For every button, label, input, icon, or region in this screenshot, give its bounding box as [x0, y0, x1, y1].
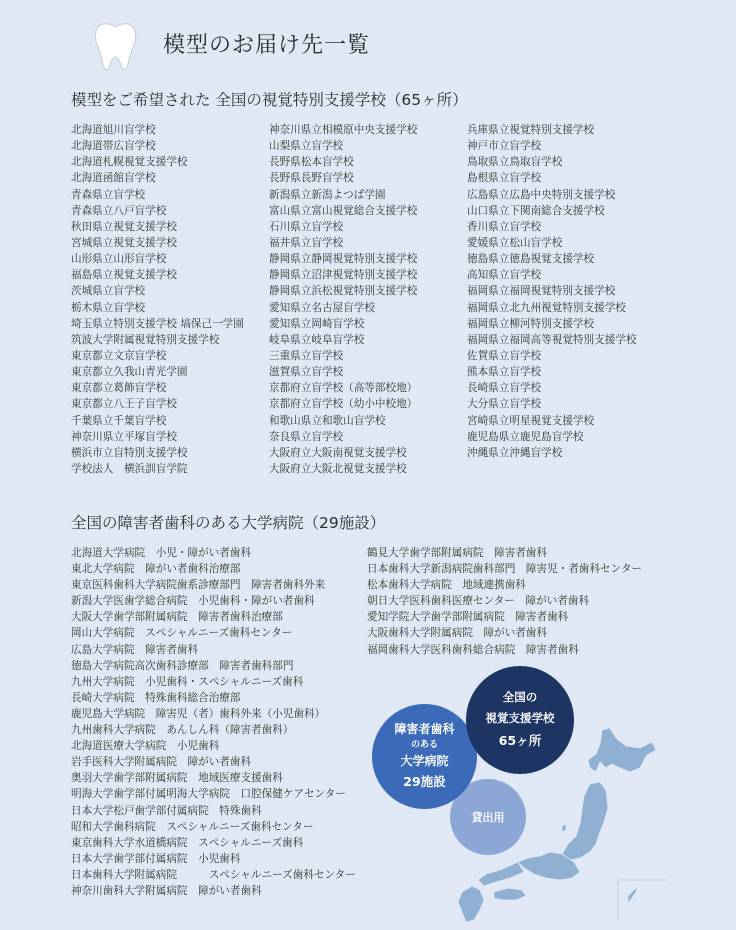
school-item: 福島県立視覚支援学校: [71, 267, 244, 283]
hospital-item: 北海道大学病院 小児・障がい者歯科: [71, 545, 356, 561]
hospitals-section-title: 全国の障害者歯科のある大学病院（29施設）: [71, 511, 385, 533]
schools-circle: 全国の 視覚支援学校 65ヶ所: [466, 666, 574, 774]
hospital-item: 九州歯科大学病院 あんしん科（障害者歯科）: [71, 722, 356, 738]
school-item: 東京都立八王子盲学校: [71, 396, 244, 412]
school-item: 青森県立八戸盲学校: [71, 203, 244, 219]
school-item: 奈良県立盲学校: [269, 429, 417, 445]
school-item: 山形県立山形盲学校: [71, 251, 244, 267]
hospital-item: 日本大学松戸歯学部付属病院 特殊歯科: [71, 803, 356, 819]
school-item: 山口県立下関南総合支援学校: [467, 203, 637, 219]
schools-column-2: 神奈川県立相模原中央支援学校 山梨県立盲学校 長野県松本盲学校 長野県長野盲学校…: [269, 122, 417, 477]
hospital-item: 明海大学歯学部付属明海大学病院 口腔保健ケアセンター: [71, 786, 356, 802]
hospital-item: 愛知学院大学歯学部附属病院 障害者歯科: [367, 609, 642, 625]
school-item: 愛知県立名古屋盲学校: [269, 300, 417, 316]
hospital-item: 長崎大学病院 特殊歯科総合治療部: [71, 690, 356, 706]
school-item: 秋田県立視覚支援学校: [71, 219, 244, 235]
school-item: 京都府立盲学校（幼小中校地）: [269, 396, 417, 412]
school-item: 宮城県立視覚支援学校: [71, 235, 244, 251]
hospital-item: 大阪歯科大学附属病院 障がい者歯科: [367, 625, 642, 641]
school-item: 横浜市立盲特別支援学校: [71, 445, 244, 461]
school-item: 三重県立盲学校: [269, 348, 417, 364]
hospital-item: 岡山大学病院 スペシャルニーズ歯科センター: [71, 625, 356, 641]
school-item: 福岡県立北九州視覚特別支援学校: [467, 300, 637, 316]
school-item: 京都府立盲学校（高等部校地）: [269, 380, 417, 396]
school-item: 学校法人 横浜訓盲学院: [71, 461, 244, 477]
hospital-item: 広島大学病院 障害者歯科: [71, 642, 356, 658]
hospital-item: 九州大学病院 小児歯科・スペシャルニーズ歯科: [71, 674, 356, 690]
school-item: 徳島県立徳島視覚支援学校: [467, 251, 637, 267]
school-item: 福岡県立福岡視覚特別支援学校: [467, 283, 637, 299]
school-item: 神奈川県立平塚盲学校: [71, 429, 244, 445]
school-item: 和歌山県立和歌山盲学校: [269, 413, 417, 429]
hospital-item: 北海道医療大学病院 小児歯科: [71, 738, 356, 754]
school-item: 筑波大学附属視覚特別支援学校: [71, 332, 244, 348]
hospitals-circle-line3: 大学病院: [400, 752, 448, 770]
schools-circle-count: 65ヶ所: [499, 729, 541, 753]
schools-circle-line2: 視覚支援学校: [486, 707, 555, 729]
lending-label: 貸出用: [472, 809, 505, 825]
hospital-item: 昭和大学歯科病院 スペシャルニーズ歯科センター: [71, 819, 356, 835]
hospital-item: 新潟大学医歯学総合病院 小児歯科・障がい者歯科: [71, 593, 356, 609]
hospital-item: 松本歯科大学病院 地域連携歯科: [367, 577, 642, 593]
hospital-item: 鶴見大学歯学部附属病院 障害者歯科: [367, 545, 642, 561]
school-item: 愛媛県立松山盲学校: [467, 235, 637, 251]
school-item: 大阪府立大阪北視覚支援学校: [269, 461, 417, 477]
school-item: 富山県立富山視覚総合支援学校: [269, 203, 417, 219]
hospital-item: 奥羽大学歯学部附属病院 地域医療支援歯科: [71, 770, 356, 786]
school-item: 島根県立盲学校: [467, 170, 637, 186]
hospital-item: 東北大学病院 障がい者歯科治療部: [71, 561, 356, 577]
hospital-item: 日本歯科大学附属病院 スペシャルニーズ歯科センター: [71, 867, 356, 883]
school-item: 熊本県立盲学校: [467, 364, 637, 380]
hospital-item: 東京歯科大学水道橋病院 スペシャルニーズ歯科: [71, 835, 356, 851]
school-item: 福井県立盲学校: [269, 235, 417, 251]
hospitals-circle-count: 29施設: [403, 770, 445, 794]
hospital-item: 福岡歯科大学医科歯科総合病院 障害者歯科: [367, 642, 642, 658]
school-item: 長野県松本盲学校: [269, 154, 417, 170]
hospital-item: 大阪大学歯学部附属病院 障害者歯科治療部: [71, 609, 356, 625]
hospitals-circle: 障害者歯科 のある 大学病院 29施設: [372, 704, 477, 809]
school-item: 埼玉県立特別支援学校 塙保己一学園: [71, 316, 244, 332]
hospitals-circle-line2: のある: [411, 738, 438, 752]
hospital-item: 岩手医科大学附属病院 障がい者歯科: [71, 754, 356, 770]
hospital-item: 日本歯科大学新潟病院歯科部門 障害児・者歯科センター: [367, 561, 642, 577]
schools-circle-line1: 全国の: [503, 687, 538, 707]
school-item: 山梨県立盲学校: [269, 138, 417, 154]
school-item: 東京都立葛飾盲学校: [71, 380, 244, 396]
hospital-item: 神奈川歯科大学附属病院 障がい者歯科: [71, 883, 356, 899]
school-item: 石川県立盲学校: [269, 219, 417, 235]
school-item: 鳥取県立鳥取盲学校: [467, 154, 637, 170]
school-item: 福岡県立福岡高等視覚特別支援学校: [467, 332, 637, 348]
school-item: 静岡県立静岡視覚特別支援学校: [269, 251, 417, 267]
hospital-item: 日本大学歯学部付属病院 小児歯科: [71, 851, 356, 867]
school-item: 宮崎県立明星視覚支援学校: [467, 413, 637, 429]
hospital-item: 鹿児島大学病院 障害児（者）歯科外来（小児歯科）: [71, 706, 356, 722]
school-item: 愛知県立岡崎盲学校: [269, 316, 417, 332]
school-item: 岐阜県立岐阜盲学校: [269, 332, 417, 348]
school-item: 静岡県立沼津視覚特別支援学校: [269, 267, 417, 283]
page-title: 模型のお届け先一覧: [163, 28, 370, 59]
hospitals-column-1: 北海道大学病院 小児・障がい者歯科 東北大学病院 障がい者歯科治療部 東京医科歯…: [71, 545, 356, 899]
school-item: 滋賀県立盲学校: [269, 364, 417, 380]
school-item: 佐賀県立盲学校: [467, 348, 637, 364]
school-item: 兵庫県立視覚特別支援学校: [467, 122, 637, 138]
school-item: 北海道旭川盲学校: [71, 122, 244, 138]
school-item: 東京都立文京盲学校: [71, 348, 244, 364]
school-item: 香川県立盲学校: [467, 219, 637, 235]
hospital-item: 徳島大学病院高次歯科診療部 障害者歯科部門: [71, 658, 356, 674]
hospital-item: 東京医科歯科大学病院歯系診療部門 障害者歯科外来: [71, 577, 356, 593]
school-item: 広島県立広島中央特別支援学校: [467, 187, 637, 203]
hospital-item: 朝日大学医科歯科医療センター 障がい者歯科: [367, 593, 642, 609]
school-item: 神奈川県立相模原中央支援学校: [269, 122, 417, 138]
school-item: 高知県立盲学校: [467, 267, 637, 283]
school-item: 福岡県立柳河特別支援学校: [467, 316, 637, 332]
school-item: 青森県立盲学校: [71, 187, 244, 203]
school-item: 大阪府立大阪南視覚支援学校: [269, 445, 417, 461]
hospitals-column-2: 鶴見大学歯学部附属病院 障害者歯科 日本歯科大学新潟病院歯科部門 障害児・者歯科…: [367, 545, 642, 658]
tooth-icon: [93, 19, 138, 73]
schools-section-title: 模型をご希望された 全国の視覚特別支援学校（65ヶ所）: [71, 88, 468, 110]
school-item: 鹿児島県立鹿児島盲学校: [467, 429, 637, 445]
school-item: 新潟県立新潟よつば学園: [269, 187, 417, 203]
school-item: 千葉県立千葉盲学校: [71, 413, 244, 429]
school-item: 東京都立久我山青光学園: [71, 364, 244, 380]
school-item: 静岡県立浜松視覚特別支援学校: [269, 283, 417, 299]
school-item: 栃木県立盲学校: [71, 300, 244, 316]
school-item: 大分県立盲学校: [467, 396, 637, 412]
school-item: 北海道函館盲学校: [71, 170, 244, 186]
school-item: 神戸市立盲学校: [467, 138, 637, 154]
schools-column-1: 北海道旭川盲学校 北海道帯広盲学校 北海道札幌視覚支援学校 北海道函館盲学校 青…: [71, 122, 244, 477]
school-item: 北海道札幌視覚支援学校: [71, 154, 244, 170]
school-item: 長崎県立盲学校: [467, 380, 637, 396]
school-item: 茨城県立盲学校: [71, 283, 244, 299]
school-item: 長野県長野盲学校: [269, 170, 417, 186]
hospitals-circle-line1: 障害者歯科: [394, 720, 454, 738]
school-item: 沖縄県立沖縄盲学校: [467, 445, 637, 461]
schools-column-3: 兵庫県立視覚特別支援学校 神戸市立盲学校 鳥取県立鳥取盲学校 島根県立盲学校 広…: [467, 122, 637, 461]
school-item: 北海道帯広盲学校: [71, 138, 244, 154]
